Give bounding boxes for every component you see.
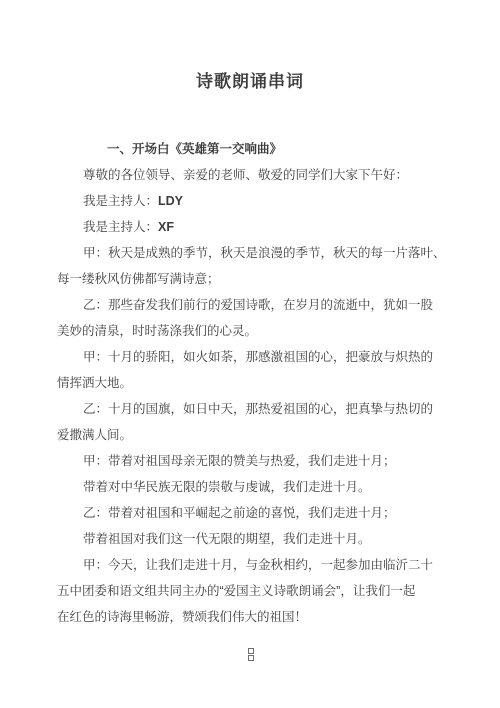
text-line: 五中团委和语文组共同主办的“爱国主义诗歌朗诵会”，让我们一起: [57, 578, 490, 604]
text-run: 尊敬的各位领导、亲爱的老师、敬爱的同学们大家下午好：: [83, 168, 408, 182]
document-body: 一、开场白《英雄第一交响曲》尊敬的各位领导、亲爱的老师、敬爱的同学们大家下午好：…: [57, 136, 490, 630]
text-line: 我是主持人：XF: [57, 214, 490, 240]
missing-glyph-box-icon: [248, 655, 254, 661]
text-run: LDY: [158, 194, 183, 208]
text-line: 甲：秋天是成熟的季节，秋天是浪漫的季节，秋天的每一片落叶、: [57, 240, 490, 266]
text-run: 甲：秋天是成熟的季节，秋天是浪漫的季节，秋天的每一片落叶、: [83, 246, 446, 260]
text-line: 每一缕秋风仿佛都写满诗意；: [57, 266, 490, 292]
text-line: 甲：十月的骄阳，如火如荼，那感激祖国的心，把豪放与炽热的: [57, 344, 490, 370]
text-line: 带着对中华民族无限的崇敬与虔诚，我们走进十月。: [57, 474, 490, 500]
text-run: 甲：带着对祖国母亲无限的赞美与热爱，我们走进十月；: [83, 454, 396, 468]
page-title: 诗歌朗诵串词: [0, 69, 500, 95]
text-run: 甲：今天，让我们走进十月，与金秋相约，一起参加由临沂二十: [83, 558, 433, 572]
text-run: 我是主持人：: [83, 220, 158, 234]
text-line: 尊敬的各位领导、亲爱的老师、敬爱的同学们大家下午好：: [57, 162, 490, 188]
text-line: 甲：带着对祖国母亲无限的赞美与热爱，我们走进十月；: [57, 448, 490, 474]
text-run: 带着祖国对我们这一代无限的期望，我们走进十月。: [83, 532, 371, 546]
text-line: 我是主持人：LDY: [57, 188, 490, 214]
missing-glyph-box-icon: [248, 648, 254, 654]
text-run: 我是主持人：: [83, 194, 158, 208]
document-page: 诗歌朗诵串词 一、开场白《英雄第一交响曲》尊敬的各位领导、亲爱的老师、敬爱的同学…: [0, 0, 500, 708]
text-run: 爱撒满人间。: [57, 428, 132, 442]
text-line: 爱撒满人间。: [57, 422, 490, 448]
text-run: 乙：那些奋发我们前行的爱国诗歌，在岁月的流逝中，犹如一股: [83, 298, 433, 312]
text-line: 乙：那些奋发我们前行的爱国诗歌，在岁月的流逝中，犹如一股: [57, 292, 490, 318]
text-run: 乙：十月的国旗，如日中天，那热爱祖国的心，把真挚与热切的: [83, 402, 433, 416]
text-line: 带着祖国对我们这一代无限的期望，我们走进十月。: [57, 526, 490, 552]
text-line: 乙：带着对祖国和平崛起之前途的喜悦，我们走进十月；: [57, 500, 490, 526]
text-run: XF: [158, 220, 174, 234]
text-run: 在红色的诗海里畅游，赞颂我们伟大的祖国！: [57, 610, 307, 624]
text-run: 乙：带着对祖国和平崛起之前途的喜悦，我们走进十月；: [83, 506, 396, 520]
text-run: 情挥洒大地。: [57, 376, 132, 390]
text-line: 一、开场白《英雄第一交响曲》: [57, 136, 490, 162]
text-line: 乙：十月的国旗，如日中天，那热爱祖国的心，把真挚与热切的: [57, 396, 490, 422]
text-line: 美妙的清泉，时时荡涤我们的心灵。: [57, 318, 490, 344]
text-line: 情挥洒大地。: [57, 370, 490, 396]
footer-glyph-marker: [248, 648, 254, 661]
text-run: 甲：十月的骄阳，如火如荼，那感激祖国的心，把豪放与炽热的: [83, 350, 433, 364]
text-run: 美妙的清泉，时时荡涤我们的心灵。: [57, 324, 257, 338]
text-run: 五中团委和语文组共同主办的“爱国主义诗歌朗诵会”，让我们一起: [57, 584, 415, 598]
text-line: 甲：今天，让我们走进十月，与金秋相约，一起参加由临沂二十: [57, 552, 490, 578]
text-line: 在红色的诗海里畅游，赞颂我们伟大的祖国！: [57, 604, 490, 630]
text-run: 带着对中华民族无限的崇敬与虔诚，我们走进十月。: [83, 480, 371, 494]
text-run: 一、开场白《英雄第一交响曲》: [107, 142, 282, 156]
text-run: 每一缕秋风仿佛都写满诗意；: [57, 272, 220, 286]
